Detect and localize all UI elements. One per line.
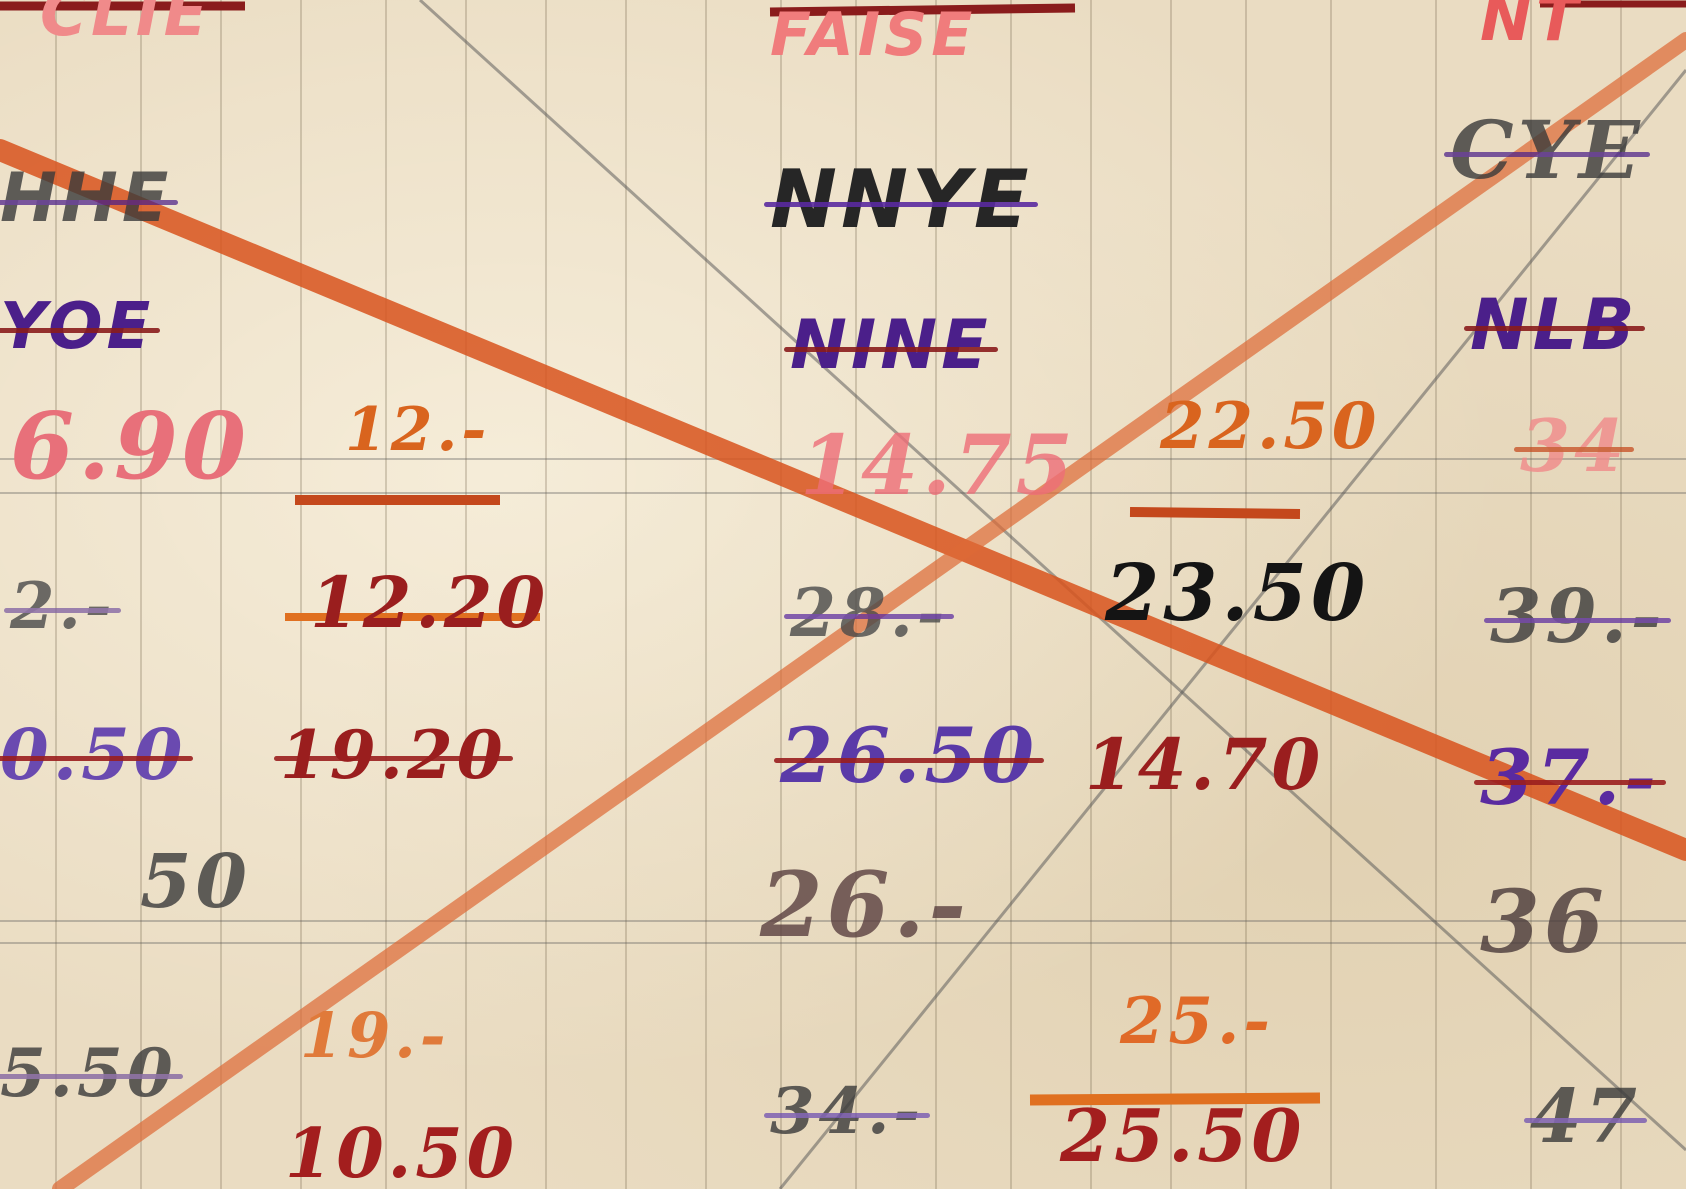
- price-red-left: 12.20: [310, 568, 549, 638]
- price-pencil-center: 28.-: [790, 580, 948, 646]
- price-red-left-3: 10.50: [285, 1120, 518, 1188]
- price-orange-left-2: 19.-: [300, 1005, 450, 1067]
- top-center-fragment: FAISE: [770, 5, 976, 65]
- ledger-page-photo: CLIE FAISE NT HHE YOE 6.90 12.- 2.- 12.2…: [0, 0, 1686, 1189]
- code-pencil-right: CYE: [1450, 110, 1644, 190]
- price-pencil-right: 39.-: [1490, 580, 1665, 654]
- price-orange-left: 12.-: [345, 400, 490, 460]
- price-pencil-pink-right: 36: [1480, 880, 1608, 966]
- code-pencil-left: HHE: [0, 165, 172, 233]
- price-red-center-2: 25.50: [1060, 1100, 1305, 1172]
- price-pencil-center-2: 34.-: [770, 1080, 924, 1144]
- price-purple-right: 37.-: [1480, 740, 1660, 816]
- price-pencil-left: 2.-: [10, 575, 115, 639]
- price-pencil-pink-center: 26.-: [760, 860, 970, 950]
- price-pencil-left-3: 5.50: [0, 1040, 177, 1106]
- top-left-fragment: CLIE: [40, 0, 211, 46]
- top-right-fragment: NT: [1480, 0, 1582, 50]
- price-orange-center: 22.50: [1160, 395, 1380, 459]
- price-orange-center-2: 25.-: [1120, 990, 1274, 1054]
- price-black-center: 23.50: [1105, 555, 1369, 633]
- code-purple-center: NINE: [790, 312, 992, 380]
- code-purple-right: NLB: [1470, 290, 1639, 360]
- price-pink-right: 34: [1520, 410, 1628, 482]
- price-pencil-left-2: 50: [140, 845, 251, 919]
- price-purple-center: 26.50: [780, 718, 1038, 794]
- price-pink-center: 14.75: [800, 425, 1077, 507]
- code-pencil-center: NNYE: [770, 160, 1032, 240]
- price-red-left-2: 19.20: [280, 722, 507, 788]
- price-pink-left: 6.90: [10, 400, 250, 492]
- price-pencil-right-2: 47: [1530, 1080, 1641, 1154]
- price-red-center: 14.70: [1085, 730, 1324, 800]
- code-purple-left: YOE: [0, 295, 154, 359]
- price-purple-left: 0.50: [0, 720, 187, 790]
